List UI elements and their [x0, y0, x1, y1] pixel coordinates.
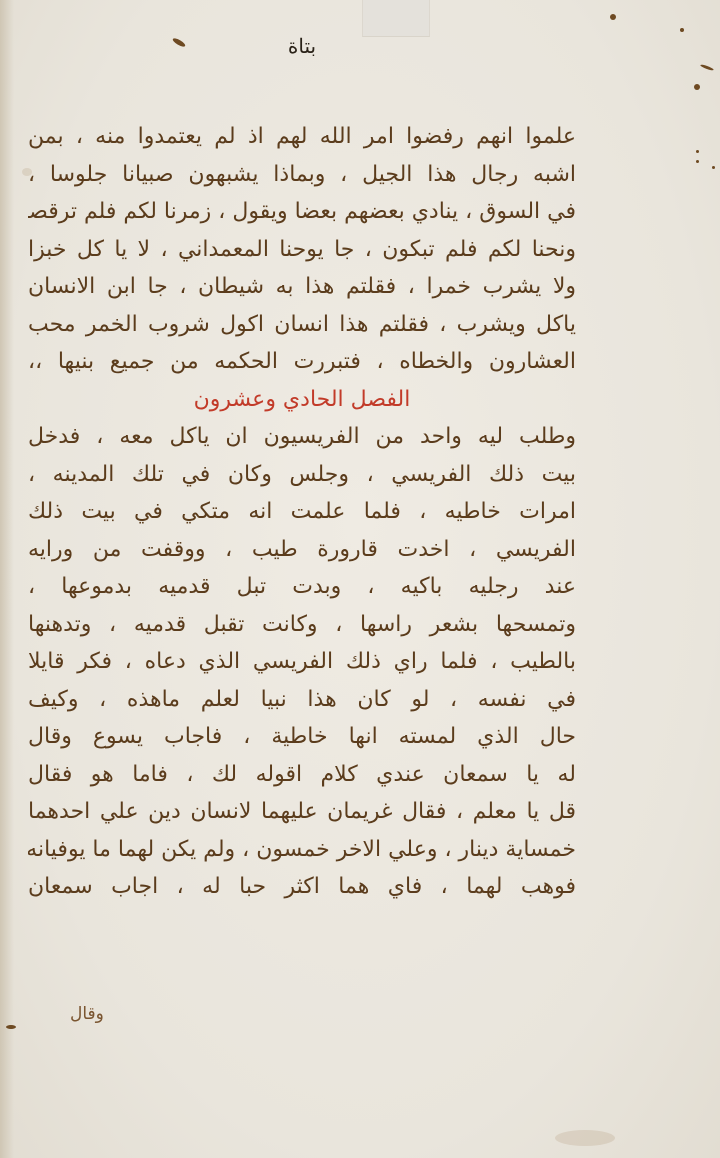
ink-spot	[680, 28, 684, 32]
ink-spot	[610, 14, 616, 20]
text-line: بالطيب ، فلما راي ذلك الفريسي الذي دعاه …	[28, 643, 576, 681]
text-line: العشارون والخطاه ، فتبررت الحكمه من جميع…	[28, 343, 576, 381]
manuscript-page: بتاة علموا انهم رفضوا امر الله لهم اذ لم…	[0, 0, 720, 1158]
text-line: ونحنا لكم فلم تبكون ، جا يوحنا المعمداني…	[28, 231, 576, 269]
text-line: امرات خاطيه ، فلما علمت انه متكي في بيت …	[28, 493, 576, 531]
folio-header: بتاة	[262, 34, 342, 58]
ink-spot	[700, 64, 714, 72]
text-line: وتمسحها بشعر راسها ، وكانت تقبل قدميه ، …	[28, 606, 576, 644]
text-line: علموا انهم رفضوا امر الله لهم اذ لم يعتم…	[28, 118, 576, 156]
page-gutter-shadow	[0, 0, 14, 1158]
catchword: وقال	[70, 1004, 104, 1024]
ink-spot	[696, 150, 699, 153]
text-line: عند رجليه باكيه ، وبدت تبل قدميه بدموعها…	[28, 568, 576, 606]
ink-spot	[712, 166, 715, 169]
text-line: وطلب ليه واحد من الفريسيون ان ياكل معه ،…	[28, 418, 576, 456]
text-line: له يا سمعان عندي كلام اقوله لك ، فاما هو…	[28, 756, 576, 794]
paper-repair-patch	[362, 0, 430, 37]
text-line: في نفسه ، لو كان هذا نبيا لعلم ماهذه ، و…	[28, 681, 576, 719]
text-line: ولا يشرب خمرا ، فقلتم هذا به شيطان ، جا …	[28, 268, 576, 306]
text-line: بيت ذلك الفريسي ، وجلس وكان في تلك المدي…	[28, 456, 576, 494]
text-line: خمساية دينار ، وعلي الاخر خمسون ، ولم يك…	[28, 831, 576, 869]
text-block: علموا انهم رفضوا امر الله لهم اذ لم يعتم…	[28, 118, 576, 906]
text-line: قل يا معلم ، فقال غريمان عليهما لانسان د…	[28, 793, 576, 831]
text-line: اشبه رجال هذا الجيل ، وبماذا يشبهون صبيا…	[28, 156, 576, 194]
text-line: ياكل ويشرب ، فقلتم هذا انسان اكول شروب ا…	[28, 306, 576, 344]
ink-spot	[696, 160, 699, 163]
paper-stain	[555, 1130, 615, 1146]
text-line: فوهب لهما ، فاي هما اكثر حبا له ، اجاب س…	[28, 868, 576, 906]
text-line: حال الذي لمسته انها خاطية ، فاجاب يسوع و…	[28, 718, 576, 756]
text-line: الفريسي ، اخدت قارورة طيب ، ووقفت من ورا…	[28, 531, 576, 569]
ink-spot	[6, 1025, 16, 1029]
text-line: في السوق ، ينادي بعضهم بعضا ويقول ، زمرن…	[28, 193, 576, 231]
ink-spot	[694, 84, 700, 90]
chapter-heading: الفصل الحادي وعشرون	[28, 381, 576, 419]
ink-spot	[172, 37, 187, 48]
